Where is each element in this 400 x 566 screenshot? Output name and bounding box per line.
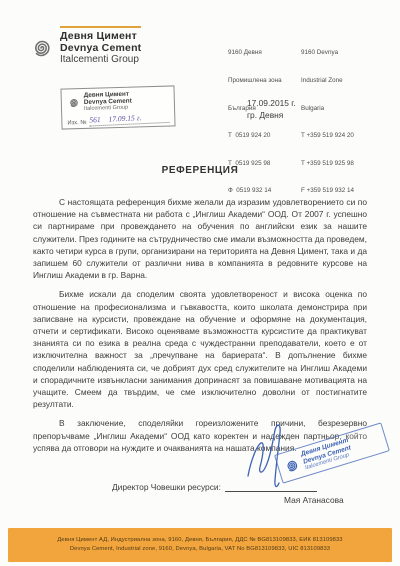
- spiral-logo-icon: [281, 455, 302, 476]
- handwritten-ref-number: 56117.09.15 г.: [89, 111, 169, 126]
- addr-en-zone: Industrial Zone: [301, 76, 354, 85]
- footer-line-en: Devnya Cement, Industrial zone, 9160, De…: [70, 546, 330, 553]
- logo-line-bg: Девня Цимент: [60, 31, 141, 43]
- spiral-logo-icon: [67, 96, 80, 109]
- logo-line-group: Italcementi Group: [60, 54, 141, 66]
- addr-bg-phone1: Т 0519 924 20: [228, 131, 282, 140]
- addr-bg-fax: Ф 0519 932 14: [228, 186, 282, 195]
- addr-en-phone1: T +359 519 924 20: [301, 131, 354, 140]
- paragraph-2: Бихме искали да споделим своята удовлетв…: [33, 288, 367, 410]
- address-block-bg: 9160 Девня Промишлена зона България Т 05…: [228, 30, 282, 214]
- letter-city: гр. Девня: [247, 109, 296, 121]
- footer-line-bg: Девня Цимент АД, Индустриална зона, 9160…: [57, 537, 342, 544]
- signature-line: [225, 482, 317, 492]
- logo-text: Девня Цимент Devnya Cement Italcementi G…: [60, 26, 141, 66]
- outgoing-number-stamp: Девня Цимент Devnya Cement Italcementi G…: [60, 85, 175, 129]
- paragraph-1: С настоящата референция бихме желали да …: [33, 196, 367, 281]
- signatory-title-row: Директор Човешки ресурси:: [112, 482, 317, 492]
- logo-line-en: Devnya Cement: [60, 43, 141, 55]
- reference-letter-page: Девня Цимент Devnya Cement Italcementi G…: [0, 0, 400, 566]
- document-title: РЕФЕРЕНЦИЯ: [0, 165, 400, 176]
- letter-date: 17.09.2015 г.: [247, 97, 296, 109]
- addr-en-fax: F +359 519 932 14: [301, 186, 354, 195]
- address-block-en: 9160 Devnya Industrial Zone Bulgaria T +…: [301, 30, 354, 214]
- outgoing-number-label: Изх. №: [67, 119, 86, 126]
- spiral-logo-icon: [28, 35, 54, 61]
- addr-en-country: Bulgaria: [301, 104, 354, 113]
- company-logo: Девня Цимент Devnya Cement Italcementi G…: [28, 26, 141, 66]
- addr-en-city: 9160 Devnya: [301, 48, 354, 57]
- signatory-name: Мая Атанасова: [284, 495, 344, 505]
- letter-body: С настоящата референция бихме желали да …: [33, 196, 367, 461]
- signatory-title: Директор Човешки ресурси:: [112, 482, 221, 492]
- dateline: 17.09.2015 г. гр. Девня: [247, 97, 296, 121]
- addr-bg-zone: Промишлена зона: [228, 76, 282, 85]
- footer-bar: Девня Цимент АД, Индустриална зона, 9160…: [8, 528, 392, 562]
- stamp-line-group: Italcementi Group: [84, 105, 132, 113]
- addr-bg-city: 9160 Девня: [228, 48, 282, 57]
